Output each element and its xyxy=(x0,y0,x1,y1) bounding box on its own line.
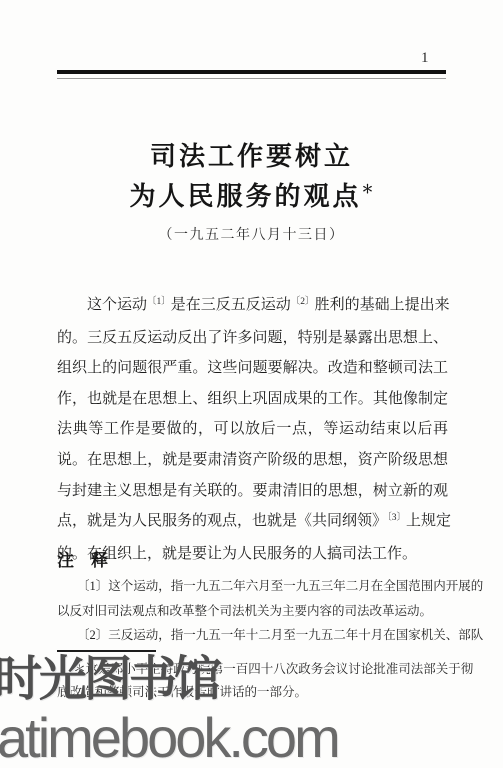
body-text-segment: 胜利的基础上提出来 xyxy=(315,297,450,313)
document-date: （一九五二年八月十三日） xyxy=(0,224,503,244)
body-paragraph: 这个运动〔1〕是在三反五反运动〔2〕胜利的基础上提出来 的。三反五反运动反出了许… xyxy=(57,290,448,569)
body-text-segment: 的。在组织上，就是要让为人民服务的人搞司法工作。 xyxy=(57,546,417,562)
header-rule-thick xyxy=(57,70,446,74)
title-footnote-marker: ＊ xyxy=(362,182,374,196)
body-text-segment: 上规定 xyxy=(406,513,451,529)
body-text-segment: 与封建主义思想是有关联的。要肃清旧的思想，树立新的观 xyxy=(57,483,448,499)
body-line: 法典等工作是要做的，可以放后一点，等运动结束以后再 xyxy=(57,414,448,445)
document-title-line-2: 为人民服务的观点＊ xyxy=(0,176,503,213)
body-line: 作，也就是在思想上、组织上巩固成果的工作。其他像制定 xyxy=(57,384,448,415)
body-line: 这个运动〔1〕是在三反五反运动〔2〕胜利的基础上提出来 xyxy=(57,290,448,323)
document-title-line-1: 司法工作要树立 xyxy=(0,136,503,173)
body-line: 点，就是为人民服务的观点，也就是《共同纲领》〔3〕上规定 xyxy=(57,506,448,539)
note-2-line-1: 〔2〕三反运动，指一九五一年十二月至一九五二年十月在国家机关、部队 xyxy=(57,623,448,648)
note-reference-superscript: 〔3〕 xyxy=(387,513,406,523)
note-1-line-2: 以反对旧司法观点和改革整个司法机关为主要内容的司法改革运动。 xyxy=(57,599,448,624)
footnote-separator-rule xyxy=(57,650,156,652)
book-page: 1 司法工作要树立 为人民服务的观点＊ （一九五二年八月十三日） 这个运动〔1〕… xyxy=(0,0,503,768)
note-1-line-1: 〔1〕这个运动，指一九五二年六月至一九五三年二月在全国范围内开展的 xyxy=(57,574,448,599)
body-line: 组织上的问题很严重。这些问题要解决。改造和整顿司法工 xyxy=(57,353,448,384)
body-text-segment: 这个运动 xyxy=(87,297,147,313)
body-line: 的。在组织上，就是要让为人民服务的人搞司法工作。 xyxy=(57,539,448,570)
body-line: 说。在思想上，就是要肃清资产阶级的思想，资产阶级思想 xyxy=(57,445,448,476)
body-text-segment: 法典等工作是要做的，可以放后一点，等运动结束以后再 xyxy=(57,421,448,437)
body-line: 的。三反五反运动反出了许多问题，特别是暴露出思想上、 xyxy=(57,323,448,354)
body-text-segment: 点，就是为人民服务的观点，也就是《共同纲领》 xyxy=(57,513,387,529)
notes-section: 〔1〕这个运动，指一九五二年六月至一九五三年二月在全国范围内开展的 以反对旧司法… xyxy=(57,574,448,648)
body-text-segment: 说。在思想上，就是要肃清资产阶级的思想，资产阶级思想 xyxy=(57,452,448,468)
document-title-line-2-text: 为人民服务的观点 xyxy=(129,181,361,211)
body-text-segment: 的。三反五反运动反出了许多问题，特别是暴露出思想上、 xyxy=(57,330,448,346)
note-reference-superscript: 〔2〕 xyxy=(291,297,315,307)
notes-section-heading: 注 释 xyxy=(57,546,108,571)
note-reference-superscript: 〔1〕 xyxy=(147,297,171,307)
header-rule-thin xyxy=(57,78,446,79)
body-text-segment: 作，也就是在思想上、组织上巩固成果的工作。其他像制定 xyxy=(57,391,448,407)
body-text-segment: 组织上的问题很严重。这些问题要解决。改造和整顿司法工 xyxy=(57,360,448,376)
body-text-segment: 是在三反五反运动 xyxy=(171,297,291,313)
watermark-chinese: 时光图书馆 xyxy=(0,656,219,704)
body-line: 与封建主义思想是有关联的。要肃清旧的思想，树立新的观 xyxy=(57,476,448,507)
page-number: 1 xyxy=(421,50,429,67)
watermark-website: atimebook.com xyxy=(0,710,338,766)
